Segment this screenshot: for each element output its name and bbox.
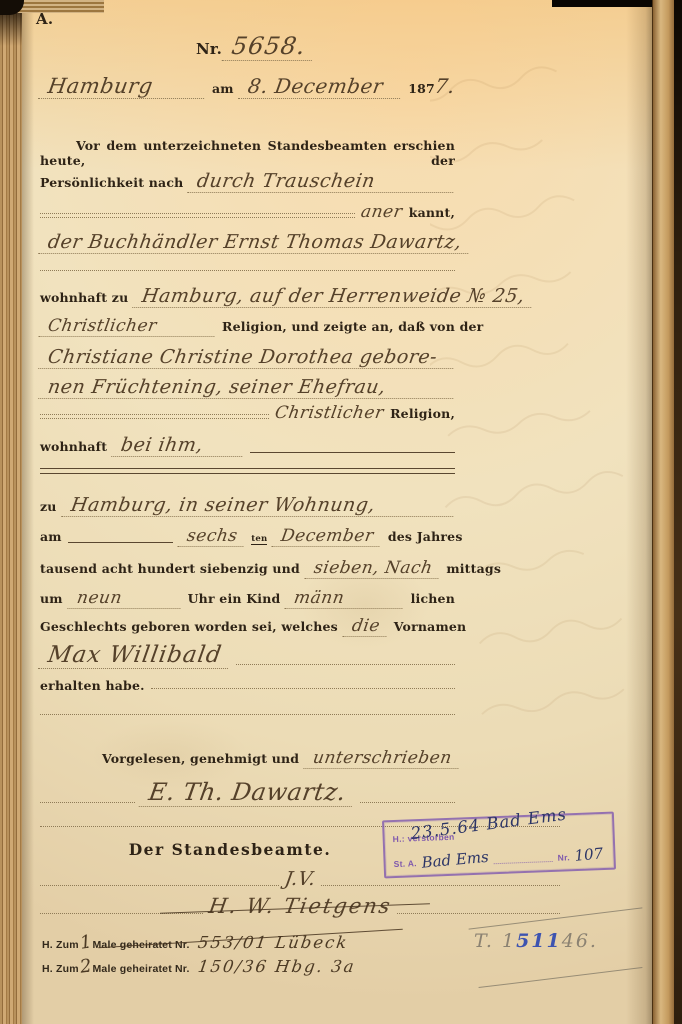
mother-name-hand-2: nen Früchtening, seiner Ehefrau, <box>38 376 457 399</box>
sex-hand: männ <box>285 588 406 609</box>
uhr-kind-printed: Uhr ein Kind <box>188 591 281 606</box>
religion-declarant-hand: Christlicher <box>38 316 217 337</box>
marriage1-ordinal-hand: 1 <box>78 931 92 953</box>
blank-dotted-rule <box>40 714 455 715</box>
religion-mother-hand: Christlicher <box>274 403 386 423</box>
geschlechts-printed: Geschlechts geboren worden sei, welches <box>40 619 338 634</box>
year-words-hand: sieben, Nach <box>304 558 442 579</box>
marriage2-ordinal-hand: 2 <box>78 955 92 977</box>
decl-line1: Vor dem unterzeichneten Standesbeamten e… <box>40 138 455 168</box>
mother-residence-label: wohnhaft <box>40 439 107 454</box>
decl-line2-printed: Persönlichkeit nach <box>40 175 183 190</box>
stamp-dotted-fill <box>494 861 553 864</box>
die-hand: die <box>342 616 389 637</box>
vorgelesen-printed: Vorgelesen, genehmigt und <box>102 751 299 766</box>
am-label: am <box>212 81 234 96</box>
birth-time-hand: neun <box>67 588 183 609</box>
declarant-signature: E. Th. Dawartz. <box>139 778 356 807</box>
book-edge-right <box>674 0 682 1024</box>
year-hand-digit: 7. <box>433 74 457 98</box>
religion-mother-printed: Religion, <box>390 406 455 421</box>
mittags-printed: mittags <box>446 561 501 576</box>
blank-fill-line <box>360 802 455 803</box>
stamp-record-number-hand: 107 <box>574 844 604 865</box>
form-corner-letter: A. <box>36 10 53 28</box>
archive-note-blue-digits: 511 <box>516 930 562 952</box>
vornamen-printed: Vornamen <box>394 619 467 634</box>
identity-proof-hand: durch Trauschein <box>188 170 457 193</box>
stamp-standesamt-hand: Bad Ems <box>421 848 490 872</box>
blank-fill-line <box>321 885 560 886</box>
book-edge-left <box>0 0 22 1024</box>
marriage1-stamp-prefix: H. Zum <box>42 939 79 951</box>
blank-fill-line <box>40 913 203 914</box>
ten-suffix-printed: ten <box>251 534 267 545</box>
time-um-label: um <box>40 591 63 606</box>
stamp-nr-label: Nr. <box>557 852 570 862</box>
blank-double-rule <box>40 468 455 474</box>
archive-number-note: T. 151146. <box>474 930 598 952</box>
birthdate-am-label: am <box>40 529 62 544</box>
residence-label: wohnhaft zu <box>40 290 128 305</box>
year-printed: 187 <box>408 81 435 96</box>
marriage2-stamp-suffix: . Male geheiratet Nr. <box>86 963 189 975</box>
des-jahres-printed: des Jahres <box>388 529 463 544</box>
mother-name-hand-1: Christiane Christine Dorothea gebore- <box>38 346 457 369</box>
record-number-value: 5658. <box>222 32 316 61</box>
lichen-printed: lichen <box>411 591 455 606</box>
anerkannt-hand-part: aner <box>360 202 404 222</box>
blank-fill-line <box>40 213 355 218</box>
registration-date: 8. December <box>238 74 404 99</box>
blank-fill-line <box>236 664 455 665</box>
birth-day-hand: sechs <box>177 526 247 547</box>
marriage2-stamp-prefix: H. Zum <box>42 963 79 975</box>
unterschrieben-hand: unterschrieben <box>304 748 462 769</box>
archive-note-prefix: T. 1 <box>474 930 516 952</box>
blank-fill-line <box>151 688 455 689</box>
register-page-scan: A. Nr. 5658. Hamburg am 8. December 187 … <box>0 0 682 1024</box>
year-words-printed: tausend acht hundert siebenzig und <box>40 561 300 576</box>
record-number-label: Nr. <box>196 40 222 58</box>
declarant-name-hand: der Buchhändler Ernst Thomas Dawartz, <box>38 231 471 254</box>
blank-fill-line <box>397 913 560 914</box>
mother-residence-hand: bei ihm, <box>111 434 246 457</box>
registrar-title: Der Standesbeamte. <box>129 840 332 859</box>
anerkannt-printed-part: kannt, <box>409 205 455 220</box>
registration-place: Hamburg <box>38 74 208 99</box>
birth-month-hand: December <box>272 526 384 547</box>
next-page-edge <box>652 0 675 1024</box>
deputy-initials-hand: J.V. <box>283 868 317 890</box>
blank-fill-line <box>40 802 135 803</box>
strike-fill-line <box>68 542 173 543</box>
blank-fill-line <box>40 885 279 886</box>
birthplace-hand: Hamburg, in seiner Wohnung, <box>61 494 457 517</box>
marriage2-reference-hand: 150/36 Hbg. 3a <box>196 957 356 976</box>
blank-dotted-rule <box>40 270 455 271</box>
stamp-standesamt-label: St. A. <box>393 858 417 869</box>
residence-hand: Hamburg, auf der Herrenweide № 25, <box>133 285 535 308</box>
erhalten-habe-printed: erhalten habe. <box>40 678 145 693</box>
birthplace-zu-label: zu <box>40 499 57 514</box>
strike-fill-line <box>250 452 455 453</box>
religion-printed: Religion, und zeigte an, daß von der <box>222 319 483 334</box>
child-forenames-hand: Max Willibald <box>38 642 232 669</box>
archive-note-suffix: 46. <box>562 930 598 952</box>
blank-fill-line <box>40 414 269 419</box>
death-reference-stamp: H.: verstorben 23.5.64 Bad Ems St. A. Ba… <box>382 812 616 879</box>
